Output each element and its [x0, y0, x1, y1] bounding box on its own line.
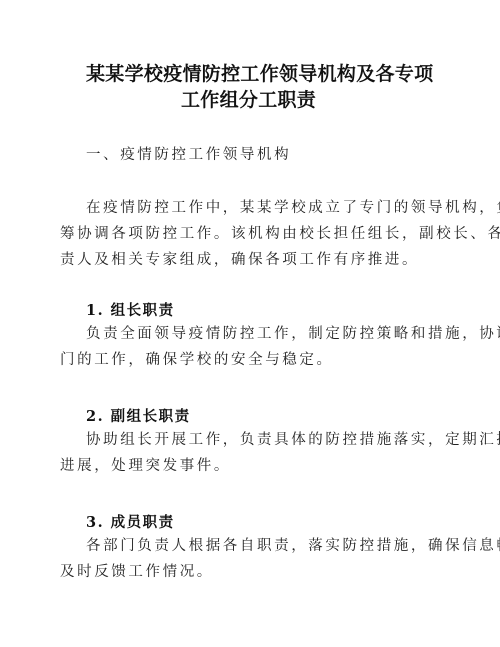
paragraph-line: 及时反馈工作情况。: [60, 559, 450, 585]
paragraph-line: 负责全面领导疫情防控工作，制定防控策略和措施，协调各部: [60, 321, 450, 347]
deputy-leader-duties-paragraph: 协助组长开展工作，负责具体的防控措施落实，定期汇报工作 进展，处理突发事件。: [60, 427, 450, 479]
paragraph-line: 进展，处理突发事件。: [60, 453, 450, 479]
title-line-2: 工作组分工职责: [60, 87, 466, 113]
deputy-leader-duties-heading: 2. 副组长职责: [86, 407, 191, 427]
document-page: 某某学校疫情防控工作领导机构及各专项 工作组分工职责 一、疫情防控工作领导机构 …: [0, 0, 500, 647]
title-line-1: 某某学校疫情防控工作领导机构及各专项: [60, 61, 466, 87]
paragraph-line: 筹协调各项防控工作。该机构由校长担任组长，副校长、各部门负: [60, 221, 450, 247]
paragraph-line: 协助组长开展工作，负责具体的防控措施落实，定期汇报工作: [60, 427, 450, 453]
leader-duties-paragraph: 负责全面领导疫情防控工作，制定防控策略和措施，协调各部 门的工作，确保学校的安全…: [60, 321, 450, 373]
section-heading: 一、疫情防控工作领导机构: [86, 145, 291, 165]
paragraph-line: 责人及相关专家组成，确保各项工作有序推进。: [60, 247, 450, 273]
member-duties-paragraph: 各部门负责人根据各自职责，落实防控措施，确保信息畅通， 及时反馈工作情况。: [60, 533, 450, 585]
paragraph-line: 在疫情防控工作中，某某学校成立了专门的领导机构，负责统: [60, 195, 450, 221]
paragraph-line: 各部门负责人根据各自职责，落实防控措施，确保信息畅通，: [60, 533, 450, 559]
member-duties-heading: 3. 成员职责: [86, 513, 175, 533]
document-title: 某某学校疫情防控工作领导机构及各专项 工作组分工职责: [60, 61, 466, 113]
leader-duties-heading: 1. 组长职责: [86, 301, 175, 321]
paragraph-line: 门的工作，确保学校的安全与稳定。: [60, 347, 450, 373]
intro-paragraph: 在疫情防控工作中，某某学校成立了专门的领导机构，负责统 筹协调各项防控工作。该机…: [60, 195, 450, 273]
